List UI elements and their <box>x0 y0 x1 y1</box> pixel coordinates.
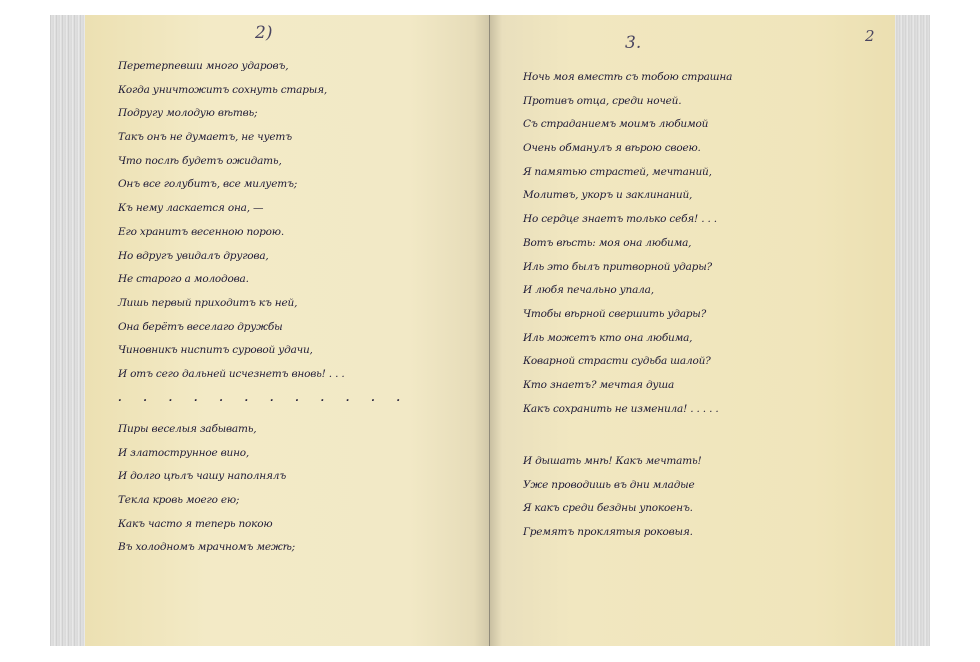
poem-line: Вотъ вѣсть: моя она любима, <box>523 232 732 256</box>
poem-line: Ночь моя вместѣ съ тобою страшна <box>523 66 732 90</box>
poem-line: Кто знаетъ? мечтая душа <box>523 374 732 398</box>
open-book: 2) Перетерпевши много ударовъ, Когда уни… <box>50 15 930 646</box>
poem-line: Но сердце знаетъ только себя! . . . <box>523 208 732 232</box>
poem-line: Иль это былъ притворной удары? <box>523 256 732 280</box>
poem-line: Коварной страсти судьба шалой? <box>523 350 732 374</box>
poem-line: Противъ отца, среди ночей. <box>523 90 732 114</box>
right-page: 3. 2 Ночь моя вместѣ съ тобою страшна Пр… <box>490 15 895 646</box>
poem-line: Не старого а молодова. <box>118 268 409 292</box>
poem-line: Но вдругъ увидалъ другова, <box>118 245 409 269</box>
left-stanza-1: Перетерпевши много ударовъ, Когда уничто… <box>118 55 409 410</box>
left-page: 2) Перетерпевши много ударовъ, Когда уни… <box>85 15 490 646</box>
poem-line: Къ нему ласкается она, — <box>118 197 409 221</box>
poem-line: Очень обманулъ я вѣрою своею. <box>523 137 732 161</box>
poem-line: И златострунное вино, <box>118 442 295 466</box>
corner-folio-number: 2 <box>865 27 875 45</box>
right-stanza-1: Ночь моя вместѣ съ тобою страшна Противъ… <box>523 66 732 421</box>
poem-line: Что послѣ будетъ ожидать, <box>118 150 409 174</box>
poem-line: Онъ все голубитъ, все милуетъ; <box>118 173 409 197</box>
separator-dots: . . . . . . . . . . . . <box>118 387 409 411</box>
poem-line: Чтобы вѣрной свершить удары? <box>523 303 732 327</box>
poem-line: И любя печально упала, <box>523 279 732 303</box>
poem-line: И дышать мнѣ! Какъ мечтать! <box>523 450 702 474</box>
poem-line: Иль можетъ кто она любима, <box>523 327 732 351</box>
poem-line: Съ страданиемъ моимъ любимой <box>523 113 732 137</box>
poem-line: Я какъ среди бездны упокоенъ. <box>523 497 702 521</box>
poem-line: Уже проводишь въ дни младые <box>523 474 702 498</box>
poem-line: Лишь первый приходитъ къ ней, <box>118 292 409 316</box>
poem-line: И долго цѣлъ чашу наполнялъ <box>118 465 295 489</box>
poem-line: Я памятью страстей, мечтаний, <box>523 161 732 185</box>
poem-line: Текла кровь моего ею; <box>118 489 295 513</box>
poem-line: Чиновникъ ниспитъ суровой удачи, <box>118 339 409 363</box>
left-page-number: 2) <box>255 23 272 43</box>
left-stanza-2: Пиры веселыя забывать, И златострунное в… <box>118 418 295 560</box>
poem-line: Его хранитъ весенною порою. <box>118 221 409 245</box>
right-page-number: 3. <box>625 33 641 53</box>
poem-line: Такъ онъ не думаетъ, не чуетъ <box>118 126 409 150</box>
poem-line: Молитвъ, укоръ и заклинаний, <box>523 184 732 208</box>
poem-line: Въ холодномъ мрачномъ межѣ; <box>118 536 295 560</box>
left-page-edges <box>50 15 85 646</box>
poem-line: Она берётъ веселаго дружбы <box>118 316 409 340</box>
poem-line: Какъ часто я теперь покою <box>118 513 295 537</box>
poem-line: Подругу молодую вѣтвь; <box>118 102 409 126</box>
poem-line: Когда уничтожитъ сохнуть старыя, <box>118 79 409 103</box>
poem-line: Пиры веселыя забывать, <box>118 418 295 442</box>
poem-line: Перетерпевши много ударовъ, <box>118 55 409 79</box>
poem-line: Гремятъ проклятыя роковыя. <box>523 521 702 545</box>
right-page-edges <box>895 15 930 646</box>
poem-line: И отъ сего дальней исчезнетъ вновь! . . … <box>118 363 409 387</box>
right-stanza-2: И дышать мнѣ! Какъ мечтать! Уже проводиш… <box>523 450 702 545</box>
poem-line: Какъ сохранить не изменила! . . . . . <box>523 398 732 422</box>
